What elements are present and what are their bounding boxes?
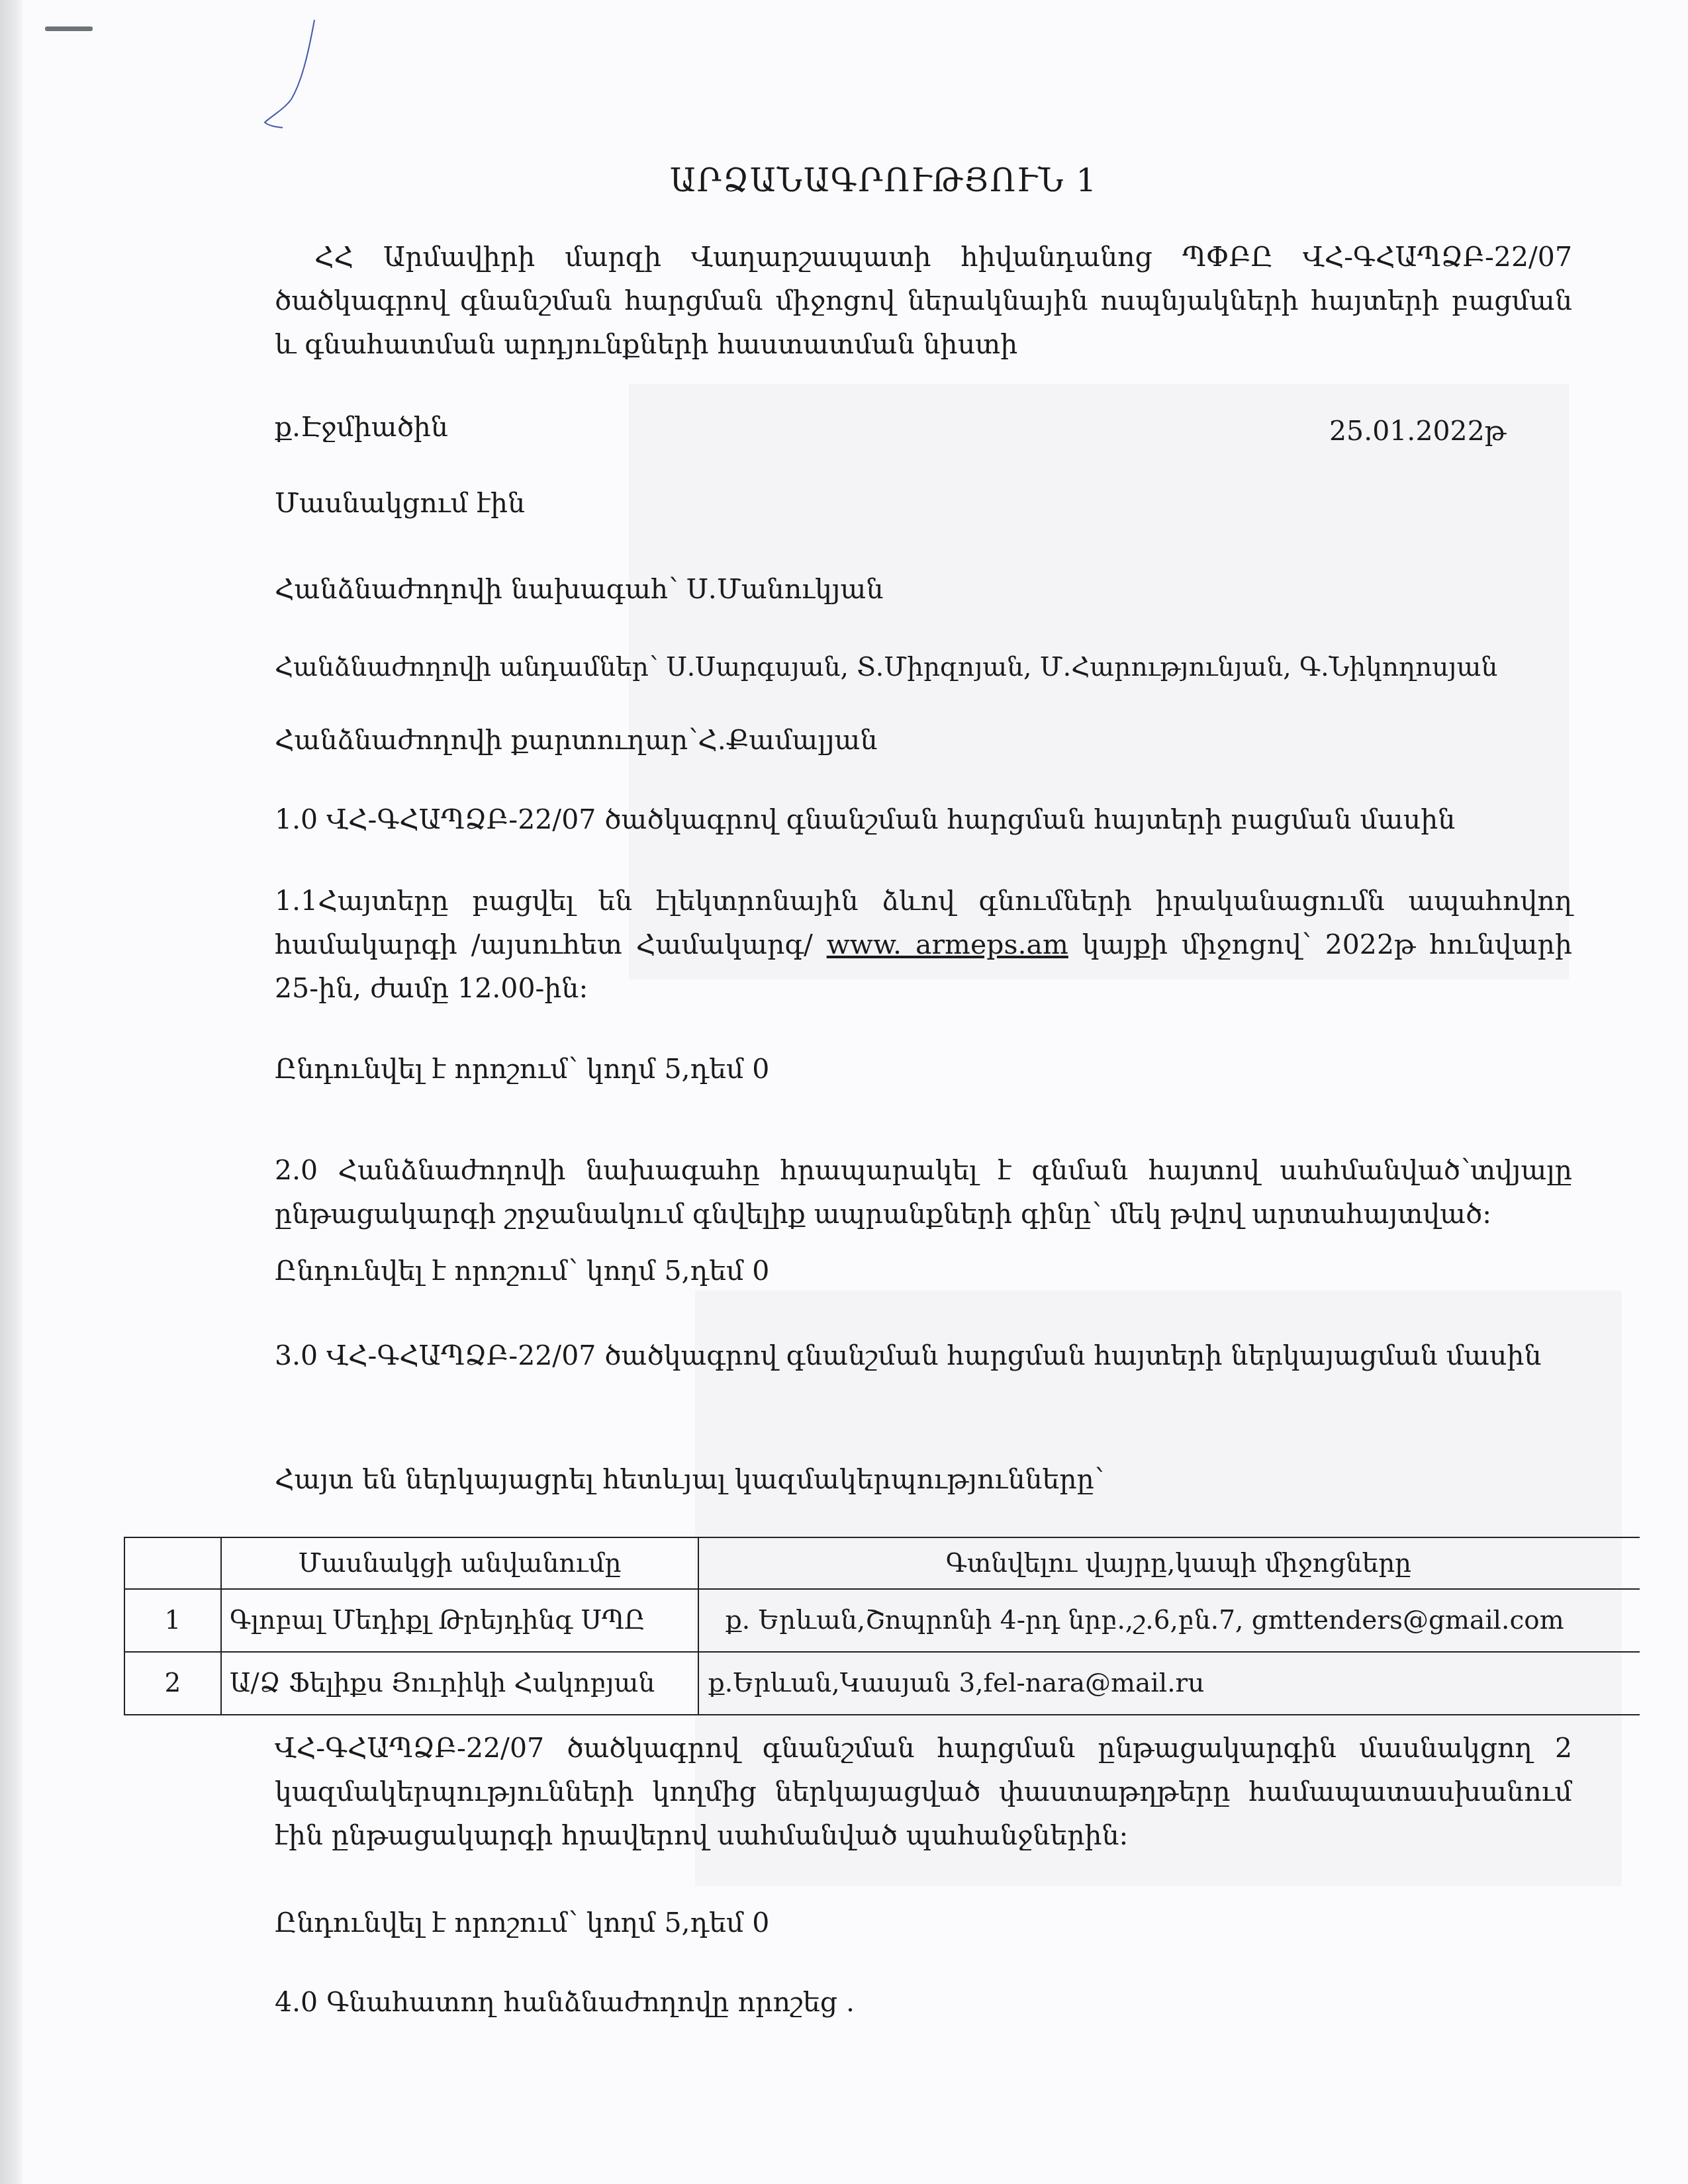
committee-members: Հանձնաժողովի անդամներ՝ Ս.Սարգսյան, Տ.Միր… (275, 652, 1497, 684)
section-4-heading: 4.0 Գնահատող հանձնաժողովը որոշեց . (275, 1985, 855, 2019)
header-number (124, 1537, 221, 1589)
decision-1: Ընդունվել է որոշում՝ կողմ 5,դեմ 0 (275, 1052, 769, 1086)
header-participant-name: Մասնակցի անվանումը (221, 1537, 698, 1589)
participant-name: Գլոբալ Մեդիքլ Թրեյդինգ ՍՊԸ (221, 1589, 698, 1652)
intro-paragraph: ՀՀ Արմավիրի մարզի Վաղարշապատի հիվանդանոց… (275, 235, 1572, 366)
pen-stroke-mark (261, 17, 321, 149)
scan-edge-shadow (0, 0, 23, 2184)
participant-name: Ա/Ձ Ֆելիքս Յուրիկի Հակոբյան (221, 1652, 698, 1715)
participants-table: Մասնակցի անվանումը Գտնվելու վայրը,կապի մ… (124, 1537, 1640, 1715)
section-2-paragraph: 2.0 Հանձնաժողովի նախագահը հրապարակել է գ… (275, 1148, 1572, 1236)
participant-address: ք. Երևան,Շոպրոնի 4-րդ նրբ.,շ.6,բն.7, gmt… (698, 1589, 1640, 1652)
staple-mark (45, 26, 93, 31)
committee-chair: Հանձնաժողովի նախագահ՝ Ս.Մանուկյան (275, 572, 883, 606)
participant-address: ք.Երևան,Կասյան 3,fel-nara@mail.ru (698, 1652, 1640, 1715)
participants-label: Մասնակցում էին (275, 486, 525, 520)
section-1-heading: 1.0 ՎՀ-ԳՀԱՊՁԲ-22/07 ծածկագրով գնանշման հ… (275, 803, 1455, 837)
document-title: ԱՐՁԱՆԱԳՐՈՒԹՅՈՒՆ 1 (0, 162, 1688, 199)
decision-3: Ընդունվել է որոշում՝ կողմ 5,դեմ 0 (275, 1906, 769, 1940)
header-location-contacts: Գտնվելու վայրը,կապի միջոցները (698, 1537, 1640, 1589)
city-label: ք.Էջմիածին (275, 410, 448, 444)
section-3-intro: Հայտ են ներկայացրել հետևյալ կազմակերպութ… (275, 1463, 1104, 1496)
row-number: 1 (124, 1589, 221, 1652)
table-row: 2 Ա/Ձ Ֆելիքս Յուրիկի Հակոբյան ք.Երևան,Կա… (124, 1652, 1640, 1715)
section-3-heading: 3.0 ՎՀ-ԳՀԱՊՁԲ-22/07 ծածկագրով գնանշման հ… (275, 1334, 1572, 1377)
section-3-conclusion: ՎՀ-ԳՀԱՊՁԲ-22/07 ծածկագրով գնանշման հարցմ… (275, 1726, 1572, 1857)
armeps-link[interactable]: www. armeps.am (827, 929, 1068, 960)
table-row: 1 Գլոբալ Մեդիքլ Թրեյդինգ ՍՊԸ ք. Երևան,Շո… (124, 1589, 1640, 1652)
decision-2: Ընդունվել է որոշում՝ կողմ 5,դեմ 0 (275, 1254, 769, 1288)
section-1-1-paragraph: 1.1Հայտերը բացվել են էլեկտրոնային ձևով գ… (275, 879, 1572, 1010)
row-number: 2 (124, 1652, 221, 1715)
document-date: 25.01.2022թ (1329, 414, 1506, 448)
table-header-row: Մասնակցի անվանումը Գտնվելու վայրը,կապի մ… (124, 1537, 1640, 1589)
committee-secretary: Հանձնաժողովի քարտուղար՝Հ.Քամալյան (275, 723, 878, 757)
